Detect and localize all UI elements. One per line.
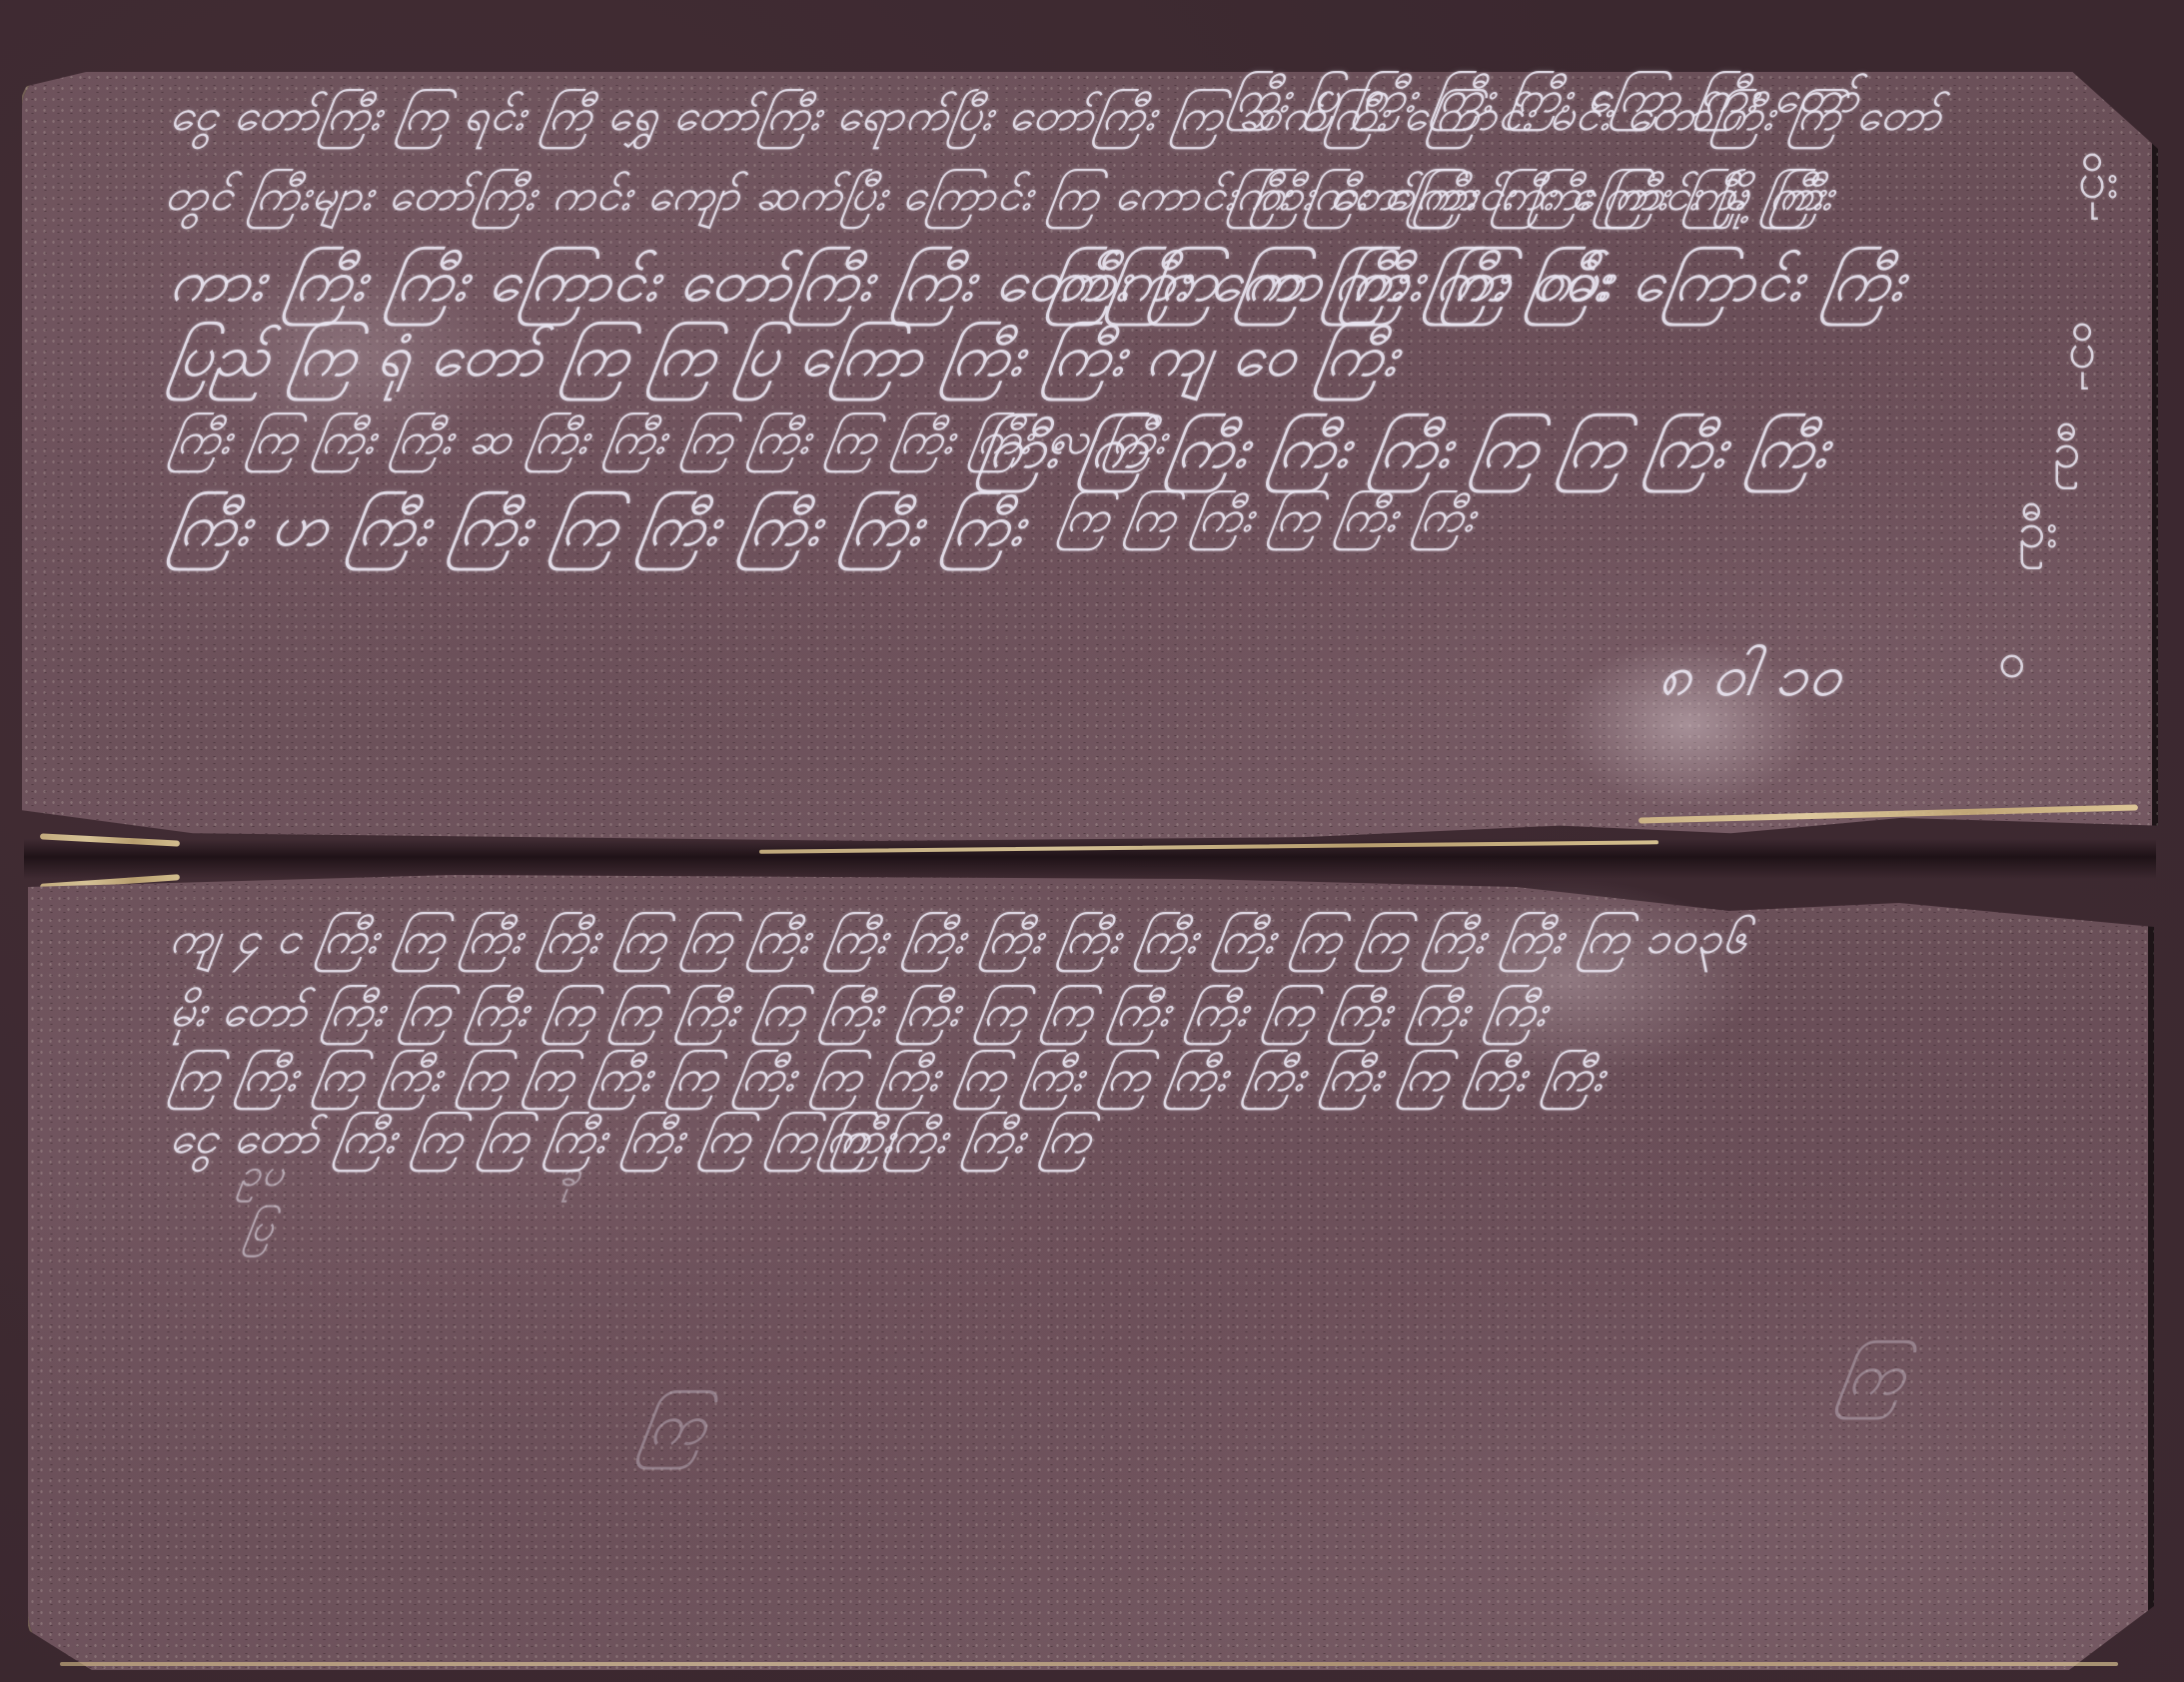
script-line: ကြ ကြီး ကြ ကြီး ကြ ကြ ကြီး ကြ ကြီး ကြ ကြ… <box>166 1049 1611 1113</box>
script-line: ကြီး ကြ ကြီး ကြီး ကြီး ကြ ကြ ကြီး ကြီး <box>973 412 1835 496</box>
script-line: ကြီး ပြ ကြီး ကြီး ကြီး ကြော ကြီး တော် <box>1225 70 1865 134</box>
script-line: ကြီး ဟ ကြီး ကြီး ကြ ကြီး ကြီး ကြီး ကြီး <box>164 489 1031 574</box>
stray-glyph: ဥပ <box>236 1149 289 1205</box>
margin-numeral: ပိုး <box>2078 150 2119 223</box>
margin-numeral: ၀ <box>1998 629 2026 702</box>
script-line: ကြီး ကြီး ကြောင်း ကြီး ကြီး ကြီး ကြီး <box>1225 168 1829 232</box>
script-line: ကျ ၄ င ကြီး ကြ ကြီး ကြီး ကြ ကြ ကြီး ကြီး… <box>166 911 1753 975</box>
margin-numeral: ဦ <box>2053 420 2081 492</box>
faint-mark: ကြ <box>633 1388 712 1473</box>
script-line: ကြ ကြ ကြီး ကြ ကြီး ကြီး <box>1055 489 1481 553</box>
margin-numeral: ဦး <box>2018 499 2058 572</box>
script-line: ကား ကြီး ကြီး ကြောင်း တော်ကြီး ကြီး တော်… <box>164 245 1911 330</box>
margin-numeral: ပို <box>2068 320 2097 393</box>
signature-mark: ၈ ဝါ ၁၀ <box>1652 639 1848 724</box>
script-line: မိုး တော် ကြီး ကြ ကြီး ကြ ကြ ကြီး ကြ ကြီ… <box>166 984 1553 1048</box>
script-line: ကြ ကြီး ကြီး ကြ <box>815 1111 1097 1175</box>
fold-gap <box>24 839 2156 879</box>
script-line: ပြည် ကြ ရုံ တော် ကြ ကြ ပြ ကြော ကြီး ကြီး… <box>164 320 1405 405</box>
script-line: ကြီး ကြ ကြ ကြီး ကြီး ကြီး <box>1043 245 1616 330</box>
bottom-edge <box>60 1662 2118 1666</box>
faint-mark: ကြ <box>1832 1338 1911 1423</box>
